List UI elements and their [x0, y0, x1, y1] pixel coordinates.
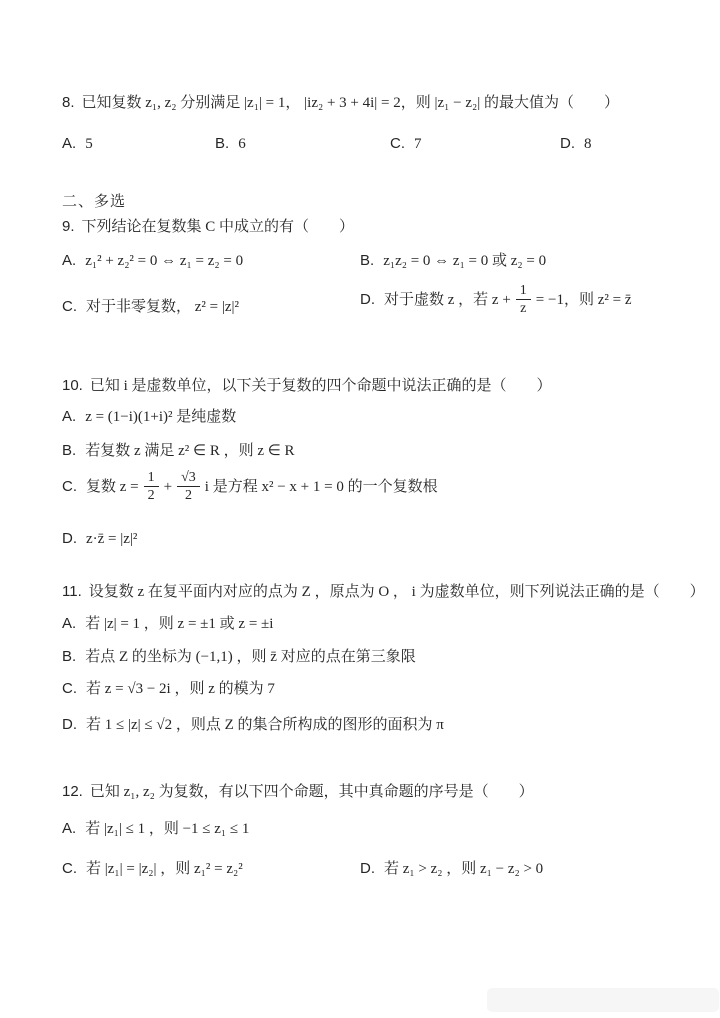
q8-option-a-label: A. [62, 135, 76, 152]
fraction: 1 z [516, 283, 531, 317]
q8-option-b-text: 6 [238, 136, 246, 152]
q11-option-a-label: A. [62, 615, 76, 632]
question-12-number: 12. [62, 783, 83, 800]
q8-option-a-text: 5 [85, 136, 93, 152]
q11-option-b-label: B. [62, 648, 76, 665]
q10-option-d: D.z·z̄ = |z|² [62, 528, 137, 550]
question-11-text: 设复数 z 在复平面内对应的点为 Z ，原点为 O ， i 为虚数单位，则下列说… [89, 584, 705, 600]
q11-option-c-text: 若 z = √3 − 2i ，则 z 的模为 7 [86, 681, 275, 697]
q8-option-d-label: D. [560, 135, 575, 152]
q10-option-b-label: B. [62, 442, 76, 459]
q12-option-d-text: 若 z₁ > z₂ ，则 z₁ − z₂ > 0 [384, 861, 543, 877]
q10-option-b-text: 若复数 z 满足 z² ∈ R ，则 z ∈ R [85, 443, 294, 459]
q10-option-c-label: C. [62, 476, 77, 498]
fraction-numerator: 1 [516, 283, 531, 300]
fraction-denominator: 2 [185, 487, 192, 503]
question-11-number: 11. [62, 583, 82, 600]
fraction-numerator: √3 [177, 470, 200, 487]
q10-option-c: C. 复数 z = 1 2 + √3 2 i 是方程 x² − x + 1 = … [62, 470, 438, 504]
q8-option-a: A.5 [62, 133, 93, 155]
q10-option-a-text: z = (1−i)(1+i)² 是纯虚数 [85, 409, 236, 425]
q11-option-d: D.若 1 ≤ |z| ≤ √2 ，则点 Z 的集合所构成的图形的面积为 π [62, 714, 444, 736]
fraction: √3 2 [177, 470, 200, 504]
question-9-stem: 9.下列结论在复数集 C 中成立的有（ ） [62, 216, 354, 238]
q9-option-c: C.对于非零复数， z² = |z|² [62, 296, 239, 318]
q9-option-d-label: D. [360, 289, 375, 311]
q10-option-d-label: D. [62, 530, 77, 547]
question-10-text: 已知 i 是虚数单位，以下关于复数的四个命题中说法正确的是（ ） [90, 378, 552, 394]
fraction-denominator: 2 [148, 487, 155, 503]
q11-option-c: C.若 z = √3 − 2i ，则 z 的模为 7 [62, 678, 275, 700]
q8-option-c-label: C. [390, 135, 405, 152]
q8-option-c: C.7 [390, 133, 422, 155]
q8-option-d-text: 8 [584, 136, 592, 152]
q9-option-d-pre: 对于虚数 z ，若 z + [384, 289, 511, 311]
q9-option-c-label: C. [62, 298, 77, 315]
q12-option-d-label: D. [360, 860, 375, 877]
q9-option-b-label: B. [360, 252, 374, 269]
question-10-number: 10. [62, 377, 83, 394]
question-9-number: 9. [62, 218, 75, 235]
q11-option-b-text: 若点 Z 的坐标为 (−1,1) ，则 z̄ 对应的点在第三象限 [85, 649, 416, 665]
q11-option-c-label: C. [62, 680, 77, 697]
q10-option-c-pre: 复数 z = [86, 476, 139, 498]
q11-option-a-text: 若 |z| = 1 ，则 z = ±1 或 z = ±i [85, 616, 273, 632]
q9-option-c-text: 对于非零复数， z² = |z|² [86, 299, 239, 315]
section-title: 二、多选 [62, 191, 126, 213]
question-12-text: 已知 z₁, z₂ 为复数，有以下四个命题，其中真命题的序号是（ ） [90, 784, 534, 800]
q12-option-d: D.若 z₁ > z₂ ，则 z₁ − z₂ > 0 [360, 858, 543, 880]
q11-option-d-label: D. [62, 716, 77, 733]
q10-option-b: B.若复数 z 满足 z² ∈ R ，则 z ∈ R [62, 440, 295, 462]
q12-option-c-label: C. [62, 860, 77, 877]
q10-option-c-plus: + [164, 476, 172, 498]
q9-option-a-label: A. [62, 252, 76, 269]
q11-option-d-text: 若 1 ≤ |z| ≤ √2 ，则点 Z 的集合所构成的图形的面积为 π [86, 717, 444, 733]
q9-option-a: A.z₁² + z₂² = 0 ⇔ z₁ = z₂ = 0 [62, 250, 243, 272]
fraction-denominator: z [520, 300, 526, 316]
q9-option-d: D. 对于虚数 z ，若 z + 1 z = −1，则 z² = z̄ [360, 283, 631, 317]
question-8-stem: 8.已知复数 z₁, z₂ 分别满足 |z₁| = 1， |iz₂ + 3 + … [62, 92, 619, 114]
q9-option-d-post: = −1，则 z² = z̄ [536, 289, 632, 311]
q9-option-b-text: z₁z₂ = 0 ⇔ z₁ = 0 或 z₂ = 0 [383, 253, 546, 269]
fraction-numerator: 1 [144, 470, 159, 487]
q8-option-c-text: 7 [414, 136, 422, 152]
q12-option-a-label: A. [62, 820, 76, 837]
q8-option-d: D.8 [560, 133, 592, 155]
q12-option-c: C.若 |z₁| = |z₂| ，则 z₁² = z₂² [62, 858, 243, 880]
question-8-number: 8. [62, 94, 75, 111]
question-11-stem: 11.设复数 z 在复平面内对应的点为 Z ，原点为 O ， i 为虚数单位，则… [62, 581, 705, 603]
q11-option-b: B.若点 Z 的坐标为 (−1,1) ，则 z̄ 对应的点在第三象限 [62, 646, 416, 668]
q11-option-a: A.若 |z| = 1 ，则 z = ±1 或 z = ±i [62, 613, 273, 635]
fraction: 1 2 [144, 470, 159, 504]
q9-option-b: B.z₁z₂ = 0 ⇔ z₁ = 0 或 z₂ = 0 [360, 250, 546, 272]
question-8-text: 已知复数 z₁, z₂ 分别满足 |z₁| = 1， |iz₂ + 3 + 4i… [82, 95, 619, 111]
faint-watermark-bar [487, 988, 719, 1012]
q10-option-a-label: A. [62, 408, 76, 425]
q8-option-b: B.6 [215, 133, 246, 155]
q12-option-a-text: 若 |z₁| ≤ 1 ，则 −1 ≤ z₁ ≤ 1 [85, 821, 249, 837]
question-9-text: 下列结论在复数集 C 中成立的有（ ） [82, 219, 355, 235]
q9-option-a-text: z₁² + z₂² = 0 ⇔ z₁ = z₂ = 0 [85, 253, 243, 269]
q10-option-a: A.z = (1−i)(1+i)² 是纯虚数 [62, 406, 236, 428]
q10-option-d-text: z·z̄ = |z|² [86, 531, 137, 547]
q12-option-a: A.若 |z₁| ≤ 1 ，则 −1 ≤ z₁ ≤ 1 [62, 818, 249, 840]
question-10-stem: 10.已知 i 是虚数单位，以下关于复数的四个命题中说法正确的是（ ） [62, 375, 552, 397]
question-12-stem: 12.已知 z₁, z₂ 为复数，有以下四个命题，其中真命题的序号是（ ） [62, 781, 534, 803]
page: 8.已知复数 z₁, z₂ 分别满足 |z₁| = 1， |iz₂ + 3 + … [0, 0, 720, 1018]
q8-option-b-label: B. [215, 135, 229, 152]
q10-option-c-post: i 是方程 x² − x + 1 = 0 的一个复数根 [205, 476, 438, 498]
q12-option-c-text: 若 |z₁| = |z₂| ，则 z₁² = z₂² [86, 861, 243, 877]
